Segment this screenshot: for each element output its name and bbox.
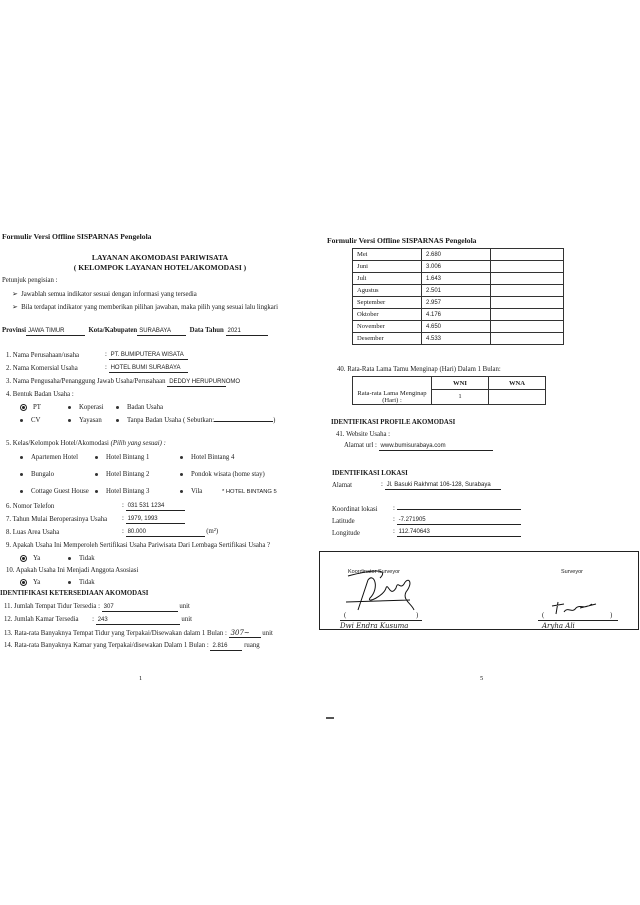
koordinator-name: Dwi Endra Kusuma	[340, 622, 408, 630]
q5-option[interactable]: Cottage Guest House	[20, 488, 89, 495]
paren-open: (	[542, 612, 544, 619]
paren-close: )	[416, 612, 418, 619]
q10-label: 10. Apakah Usaha Ini Menjadi Anggota Aso…	[6, 567, 138, 574]
q5-option[interactable]: Hotel Bintang 1	[95, 454, 149, 461]
form-header: Formulir Versi Offline SISPARNAS Pengelo…	[2, 232, 151, 241]
longitude-label: Longitude	[332, 530, 360, 537]
q1-label: 1. Nama Perusahaan/usaha	[6, 352, 79, 359]
stay-table-corner	[353, 377, 432, 390]
q12-row: 12. Jumlah Kamar Tersedia : 243 unit	[4, 616, 192, 625]
form-header: Formulir Versi Offline SISPARNAS Pengelo…	[327, 236, 476, 245]
bullet-icon	[68, 557, 71, 560]
tahun-field[interactable]: 2021	[226, 327, 268, 336]
extra-cell[interactable]	[491, 297, 564, 309]
bullet-icon	[20, 490, 23, 493]
extra-cell[interactable]	[491, 321, 564, 333]
koordinat-answer: :	[393, 505, 521, 512]
q5-written-answer: * HOTEL BINTANG 5	[222, 489, 277, 495]
q4-option-tanpa-badan[interactable]: Tanpa Badan Usaha ( Sebutkan:)	[116, 417, 275, 424]
q5-option[interactable]: Bungalo	[20, 471, 54, 478]
month-cell: Mei	[353, 249, 422, 261]
url-row: Alamat url : www.bumisurabaya.com	[344, 442, 493, 451]
month-cell: Juni	[353, 261, 422, 273]
selected-radio-icon	[20, 404, 27, 411]
month-cell: Agustus	[353, 285, 422, 297]
q5-option[interactable]: Hotel Bintang 3	[95, 488, 149, 495]
latitude-field[interactable]: -7.271905	[397, 516, 521, 525]
form-subtitle: ( KELOMPOK LAYANAN HOTEL/AKOMODASI )	[0, 263, 320, 272]
sebutkan-field[interactable]	[214, 421, 273, 422]
selected-radio-icon	[20, 579, 27, 586]
q8-answer: : 80.000 (m²)	[122, 528, 218, 537]
stay-table: WNI WNA Rata-rata Lama Menginap (Hari) :…	[352, 376, 546, 405]
q4-option-pt[interactable]: PT	[20, 404, 41, 411]
q41-label: 41. Website Usaha :	[336, 431, 390, 438]
instruction-item: ➢ Jawablah semua indikator sesuai dengan…	[12, 290, 197, 298]
q8-field[interactable]: 80.000	[126, 528, 205, 537]
bullet-icon	[95, 473, 98, 476]
month-cell: Desember	[353, 333, 422, 345]
q9-label: 9. Apakah Usaha Ini Memperoleh Sertifika…	[6, 542, 270, 549]
q11-row: 11. Jumlah Tempat Tidur Tersedia : 307 u…	[4, 603, 190, 612]
q2-answer: : HOTEL BUMI SURABAYA	[105, 364, 188, 373]
table-row: Agustus2.501	[353, 285, 564, 297]
location-row: ProvinsiJAWA TIMUR Kota/KabupatenSURABAY…	[2, 327, 268, 336]
q3-field[interactable]: DEDDY HERUPURNOMO	[167, 378, 226, 387]
q10-option-ya[interactable]: Ya	[20, 579, 40, 586]
q6-answer: : 031 531 1234	[122, 502, 185, 511]
q2-field[interactable]: HOTEL BUMI SURABAYA	[109, 364, 188, 373]
q13-field[interactable]: 307~	[229, 629, 261, 638]
q5-option[interactable]: Hotel Bintang 4	[180, 454, 234, 461]
q5-option[interactable]: Apartemen Hotel	[20, 454, 78, 461]
value-cell[interactable]: 1.643	[422, 273, 491, 285]
bullet-icon	[20, 456, 23, 459]
value-cell[interactable]: 2.957	[422, 297, 491, 309]
page-number: 5	[480, 675, 483, 682]
q4-option-cv[interactable]: CV	[20, 417, 40, 424]
instructions-label: Petunjuk pengisian :	[2, 277, 58, 284]
profile-section-title: IDENTIFIKASI PROFILE AKOMODASI	[331, 419, 455, 426]
table-row: November4.650	[353, 321, 564, 333]
month-cell: Oktober	[353, 309, 422, 321]
alamat-answer: : Jl. Basuki Rakhmat 106-128, Surabaya	[381, 481, 501, 490]
bullet-icon	[20, 473, 23, 476]
table-row: Mei2.680	[353, 249, 564, 261]
surveyor-signature-icon	[544, 598, 604, 618]
q7-answer: : 1979, 1993	[122, 515, 185, 524]
extra-cell[interactable]	[491, 273, 564, 285]
q5-option[interactable]: Pondok wisata (home stay)	[180, 471, 265, 478]
bullet-icon	[180, 473, 183, 476]
q11-field[interactable]: 307	[102, 603, 178, 612]
value-cell[interactable]: 2.501	[422, 285, 491, 297]
surveyor-name: Aryha Ali	[542, 622, 575, 630]
stay-row-label: Rata-rata Lama Menginap (Hari) :	[353, 390, 432, 405]
paren-open: (	[344, 612, 346, 619]
extra-cell[interactable]	[491, 261, 564, 273]
table-row: Desember4.533	[353, 333, 564, 345]
table-row: Oktober4.176	[353, 309, 564, 321]
q14-field[interactable]: 2.816	[210, 642, 242, 651]
bullet-icon	[95, 456, 98, 459]
bullet-icon	[180, 456, 183, 459]
q5-label: 5. Kelas/Kelompok Hotel/Akomodasi (Pilih…	[6, 440, 166, 447]
value-cell[interactable]: 4.533	[422, 333, 491, 345]
bullet-icon	[116, 419, 119, 422]
bullet-icon	[180, 490, 183, 493]
q2-label: 2. Nama Komersial Usaha	[6, 365, 78, 372]
extra-cell[interactable]	[491, 333, 564, 345]
provinsi-field[interactable]: JAWA TIMUR	[26, 327, 85, 336]
q4-label: 4. Bentuk Badan Usaha :	[6, 391, 74, 398]
instruction-item: ➢ Bila terdapat indikator yang memberika…	[12, 303, 278, 311]
q6-field[interactable]: 031 531 1234	[126, 502, 185, 511]
latitude-answer: : -7.271905	[393, 516, 521, 525]
q4-option-yayasan[interactable]: Yayasan	[68, 417, 102, 424]
lokasi-section-title: IDENTIFIKASI LOKASI	[332, 470, 408, 477]
value-cell[interactable]: 2.680	[422, 249, 491, 261]
q8-label: 8. Luas Area Usaha	[6, 529, 59, 536]
selected-radio-icon	[20, 555, 27, 562]
left-page: Formulir Versi Offline SISPARNAS Pengelo…	[0, 0, 320, 905]
q4-option-koperasi[interactable]: Koperasi	[68, 404, 104, 411]
bullet-icon	[20, 419, 23, 422]
table-row: September2.957	[353, 297, 564, 309]
q13-row: 13. Rata-rata Banyaknya Tempat Tidur yan…	[4, 629, 273, 638]
q4-option-badan-usaha[interactable]: Badan Usaha	[116, 404, 163, 411]
stay-wna-value[interactable]	[489, 390, 546, 405]
stay-wni-value[interactable]: 1	[432, 390, 489, 405]
latitude-label: Latitude	[332, 518, 355, 525]
table-row: Juni3.006	[353, 261, 564, 273]
section-title: IDENTIFIKASI KETERSEDIAAN AKOMODASI	[0, 590, 148, 597]
value-cell[interactable]: 4.176	[422, 309, 491, 321]
bullet-icon	[68, 581, 71, 584]
q5-option[interactable]: Hotel Bintang 2	[95, 471, 149, 478]
col-wni: WNI	[432, 377, 489, 390]
bullet-icon	[116, 406, 119, 409]
paren-close: )	[610, 612, 612, 619]
page-number: 1	[139, 675, 142, 682]
monthly-table: Mei2.680Juni3.006Juli1.643Agustus2.501Se…	[352, 248, 564, 345]
bullet-icon	[68, 406, 71, 409]
surveyor-title: Surveyor	[561, 569, 583, 575]
q7-field[interactable]: 1979, 1993	[126, 515, 185, 524]
q9-option-tidak[interactable]: Tidak	[68, 555, 95, 562]
q14-row: 14. Rata-rata Banyaknya Kamar yang Terpa…	[4, 642, 260, 651]
longitude-field[interactable]: 112.740643	[397, 528, 521, 537]
bullet-icon	[68, 419, 71, 422]
q1-field[interactable]: PT. BUMIPUTERA WISATA	[109, 351, 188, 360]
month-cell: Juli	[353, 273, 422, 285]
month-cell: November	[353, 321, 422, 333]
col-wna: WNA	[489, 377, 546, 390]
month-cell: September	[353, 297, 422, 309]
q10-option-tidak[interactable]: Tidak	[68, 579, 95, 586]
koordinat-label: Koordinat lokasi	[332, 506, 378, 513]
alamat-label: Alamat	[332, 482, 352, 489]
signature-box: Koordinator Surveyor ( ) Dwi Endra Kusum…	[319, 551, 639, 630]
alamat-field[interactable]: Jl. Basuki Rakhmat 106-128, Surabaya	[385, 481, 501, 490]
q40-label: 40. Rata-Rata Lama Tamu Menginap (Hari) …	[337, 366, 501, 373]
bullet-icon	[95, 490, 98, 493]
q9-option-ya[interactable]: Ya	[20, 555, 40, 562]
q1-answer: : PT. BUMIPUTERA WISATA	[105, 351, 188, 360]
form-title: LAYANAN AKOMODASI PARIWISATA	[0, 253, 320, 262]
extra-cell[interactable]	[491, 285, 564, 297]
scan-mark	[326, 717, 334, 719]
right-page: Formulir Versi Offline SISPARNAS Pengelo…	[320, 0, 640, 905]
q5-option[interactable]: Vila	[180, 488, 202, 495]
url-field[interactable]: www.bumisurabaya.com	[379, 442, 493, 451]
extra-cell[interactable]	[491, 309, 564, 321]
q3-label: 3. Nama Pengusaha/Penanggung Jawab Usaha…	[6, 378, 226, 387]
longitude-answer: : 112.740643	[393, 528, 521, 537]
q6-label: 6. Nomor Telefon	[6, 503, 54, 510]
q12-field[interactable]: 243	[96, 616, 180, 625]
extra-cell[interactable]	[491, 249, 564, 261]
value-cell[interactable]: 3.006	[422, 261, 491, 273]
kota-field[interactable]: SURABAYA	[137, 327, 186, 336]
koordinat-field[interactable]	[397, 509, 521, 510]
q7-label: 7. Tahun Mulai Beroperasinya Usaha	[6, 516, 107, 523]
table-row: Juli1.643	[353, 273, 564, 285]
value-cell[interactable]: 4.650	[422, 321, 491, 333]
